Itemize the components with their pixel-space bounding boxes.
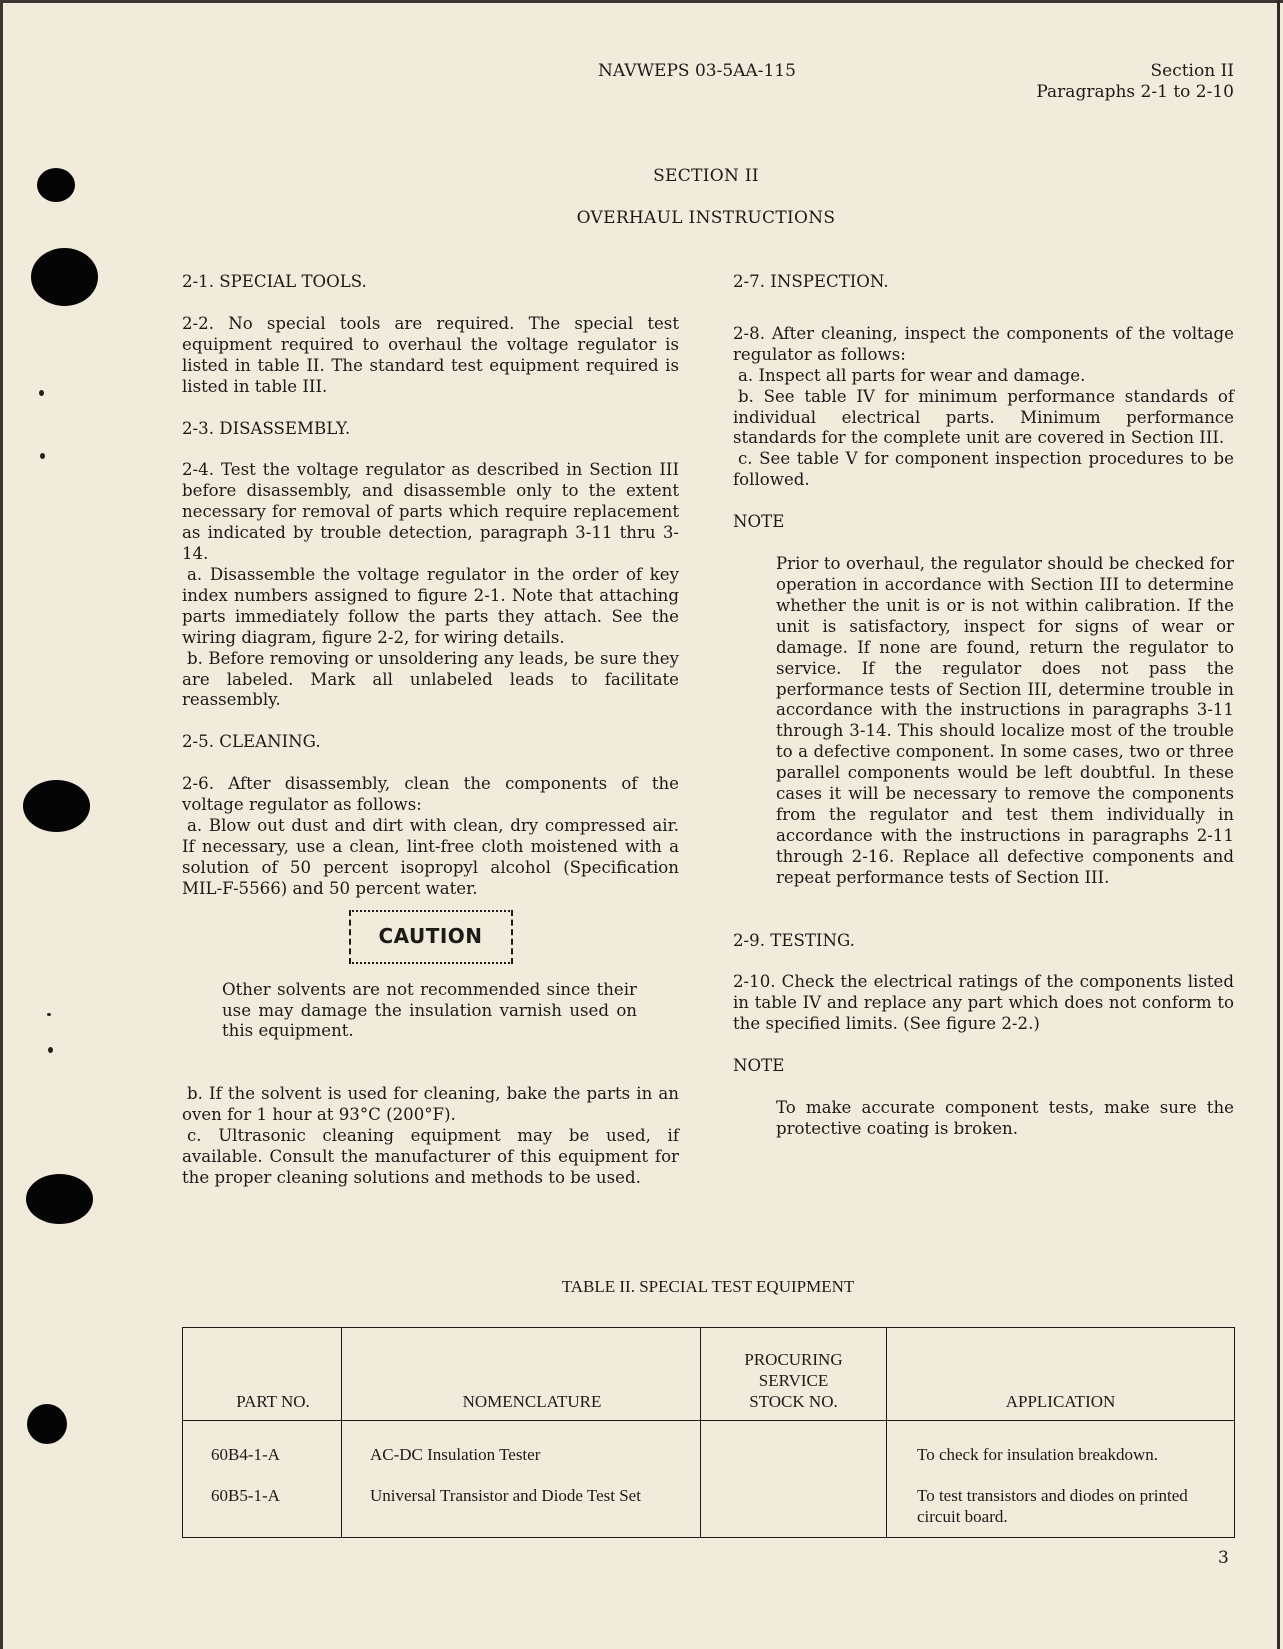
cell-stock-no xyxy=(701,1421,887,1476)
paragraph-2-4: 2-4. Test the voltage regulator as descr… xyxy=(182,460,679,565)
speck xyxy=(39,390,44,396)
paragraph-2-8: 2-8. After cleaning, inspect the compone… xyxy=(733,324,1234,366)
paragraph-2-6-b: b. If the solvent is used for cleaning, … xyxy=(182,1084,679,1126)
section-label: Section II xyxy=(1150,60,1234,82)
caution-label: CAUTION xyxy=(378,926,482,947)
binder-hole-icon xyxy=(27,1404,67,1444)
cell-stock-no xyxy=(701,1475,887,1538)
binder-hole-icon xyxy=(26,1174,93,1224)
table-title: TABLE II. SPECIAL TEST EQUIPMENT xyxy=(182,1277,1234,1297)
table-row: 60B4-1-A AC-DC Insulation Tester To chec… xyxy=(183,1421,1235,1476)
cell-part-no: 60B5-1-A xyxy=(183,1475,342,1538)
page-edge xyxy=(0,0,1283,3)
cell-application: To check for insulation breakdown. xyxy=(887,1421,1235,1476)
paragraph-2-6-c: c. Ultrasonic cleaning equipment may be … xyxy=(182,1126,679,1189)
table-header-row: PART NO. NOMENCLATURE PROCURING SERVICE … xyxy=(183,1328,1235,1421)
note-text: To make accurate component tests, make s… xyxy=(733,1098,1234,1140)
page-number: 3 xyxy=(1218,1548,1229,1568)
cell-nomenclature: AC-DC Insulation Tester xyxy=(342,1421,701,1476)
paragraph-2-8-b: b. See table IV for minimum performance … xyxy=(733,387,1234,450)
document-number: NAVWEPS 03-5AA-115 xyxy=(598,60,796,82)
column-header-part-no: PART NO. xyxy=(183,1328,342,1421)
section-title: SECTION II xyxy=(0,166,1283,186)
speck xyxy=(47,1013,51,1016)
note-heading: NOTE xyxy=(733,1056,1234,1077)
right-column: 2-7. INSPECTION. 2-8. After cleaning, in… xyxy=(733,272,1234,1140)
page-edge xyxy=(1277,0,1280,1649)
heading-disassembly: 2-3. DISASSEMBLY. xyxy=(182,419,679,440)
binder-hole-icon xyxy=(23,780,90,832)
paragraph-2-4-a: a. Disassemble the voltage regulator in … xyxy=(182,565,679,649)
column-header-nomenclature: NOMENCLATURE xyxy=(342,1328,701,1421)
heading-inspection: 2-7. INSPECTION. xyxy=(733,272,1234,293)
page-edge xyxy=(0,0,3,1649)
note-text: Prior to overhaul, the regulator should … xyxy=(733,554,1234,889)
heading-special-tools: 2-1. SPECIAL TOOLS. xyxy=(182,272,679,293)
paragraph-2-10: 2-10. Check the electrical ratings of th… xyxy=(733,972,1234,1035)
heading-testing: 2-9. TESTING. xyxy=(733,931,1234,952)
section-subtitle: OVERHAUL INSTRUCTIONS xyxy=(0,208,1283,228)
column-header-application: APPLICATION xyxy=(887,1328,1235,1421)
caution-text: Other solvents are not recommended since… xyxy=(182,980,679,1043)
table-row: 60B5-1-A Universal Transistor and Diode … xyxy=(183,1475,1235,1538)
column-header-stock-no: PROCURING SERVICE STOCK NO. xyxy=(701,1328,887,1421)
cell-application: To test transistors and diodes on printe… xyxy=(887,1475,1235,1538)
heading-cleaning: 2-5. CLEANING. xyxy=(182,732,679,753)
note-heading: NOTE xyxy=(733,512,1234,533)
paragraph-2-8-a: a. Inspect all parts for wear and damage… xyxy=(733,366,1234,387)
left-column: 2-1. SPECIAL TOOLS. 2-2. No special tool… xyxy=(182,272,679,1189)
caution-box: CAUTION xyxy=(349,910,513,964)
paragraph-2-4-b: b. Before removing or unsoldering any le… xyxy=(182,649,679,712)
cell-nomenclature: Universal Transistor and Diode Test Set xyxy=(342,1475,701,1538)
paragraph-2-6: 2-6. After disassembly, clean the compon… xyxy=(182,774,679,816)
paragraph-2-2: 2-2. No special tools are required. The … xyxy=(182,314,679,398)
speck xyxy=(48,1047,53,1053)
speck xyxy=(40,453,45,459)
paragraph-2-6-a: a. Blow out dust and dirt with clean, dr… xyxy=(182,816,679,900)
binder-hole-icon xyxy=(31,248,98,306)
special-test-equipment-table: PART NO. NOMENCLATURE PROCURING SERVICE … xyxy=(182,1327,1235,1538)
paragraph-2-8-c: c. See table V for component inspection … xyxy=(733,449,1234,491)
paragraph-range: Paragraphs 2-1 to 2-10 xyxy=(1036,81,1234,103)
cell-part-no: 60B4-1-A xyxy=(183,1421,342,1476)
